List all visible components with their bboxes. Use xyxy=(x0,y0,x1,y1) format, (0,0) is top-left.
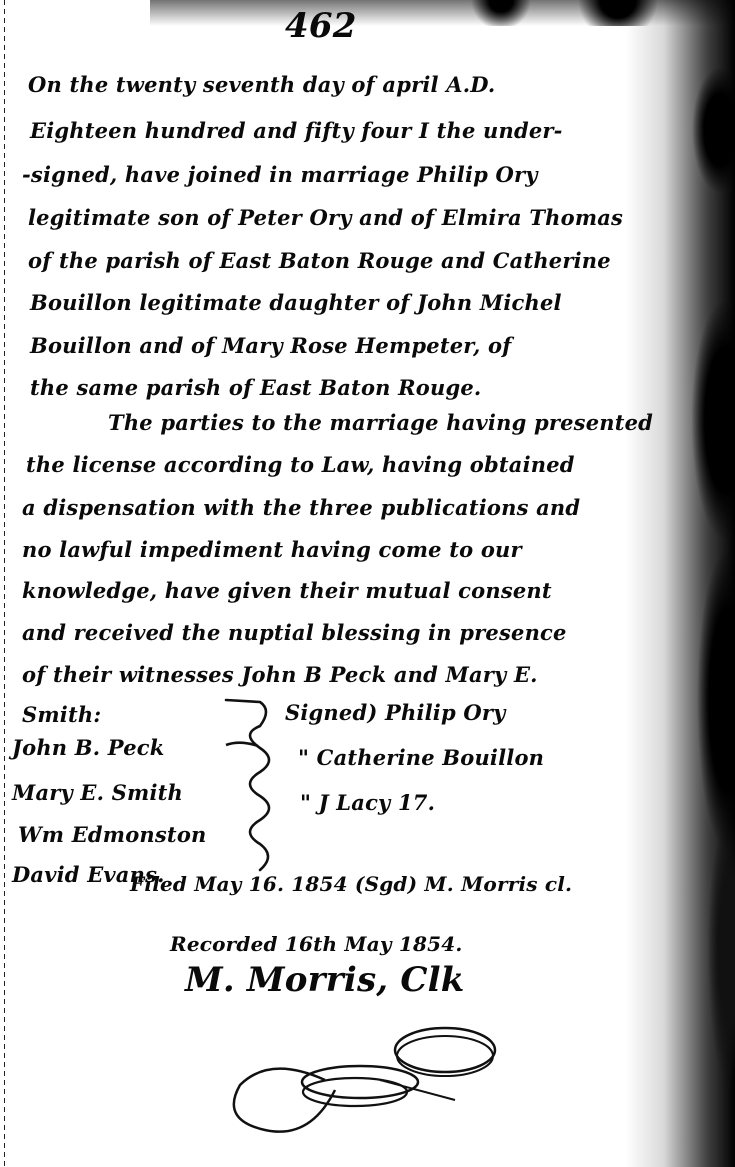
left-margin-rule xyxy=(4,0,5,1167)
page-number: 462 xyxy=(285,6,357,46)
clerk-signature: M. Morris, Clk xyxy=(185,960,465,1000)
body-line: -signed, have joined in marriage Philip … xyxy=(22,162,538,187)
body-line: Bouillon legitimate daughter of John Mic… xyxy=(30,290,562,315)
body-line: Smith: xyxy=(22,702,101,727)
body-line: knowledge, have given their mutual conse… xyxy=(22,578,552,603)
body-line: a dispensation with the three publicatio… xyxy=(22,495,580,520)
body-line: and received the nuptial blessing in pre… xyxy=(22,620,567,645)
body-line: Bouillon and of Mary Rose Hempeter, of xyxy=(30,333,511,358)
signature-groom: Signed) Philip Ory xyxy=(285,700,506,725)
witness-name: Wm Edmonston xyxy=(18,822,207,847)
signature-officiant: " J Lacy 17. xyxy=(300,790,435,815)
body-line: no lawful impediment having come to our xyxy=(22,537,522,562)
scan-shadow-right-edge xyxy=(625,0,735,1167)
body-line: of their witnesses John B Peck and Mary … xyxy=(22,662,538,687)
body-line: the license according to Law, having obt… xyxy=(26,452,575,477)
witness-bracket-icon xyxy=(220,690,280,880)
body-line: On the twenty seventh day of april A.D. xyxy=(28,72,495,97)
body-line: legitimate son of Peter Ory and of Elmir… xyxy=(28,205,623,230)
witness-name: John B. Peck xyxy=(12,735,165,760)
body-line: The parties to the marriage having prese… xyxy=(108,410,653,435)
body-line: the same parish of East Baton Rouge. xyxy=(30,375,481,400)
scanned-page: 462 On the twenty seventh day of april A… xyxy=(0,0,735,1167)
signature-bride: " Catherine Bouillon xyxy=(298,745,544,770)
witness-name: Mary E. Smith xyxy=(12,780,183,805)
body-line: Eighteen hundred and fifty four I the un… xyxy=(30,118,563,143)
signature-flourish-icon xyxy=(200,1000,540,1140)
recorded-note: Recorded 16th May 1854. xyxy=(170,932,463,956)
body-line: of the parish of East Baton Rouge and Ca… xyxy=(28,248,611,273)
filed-note: Filed May 16. 1854 (Sgd) M. Morris cl. xyxy=(130,872,572,896)
